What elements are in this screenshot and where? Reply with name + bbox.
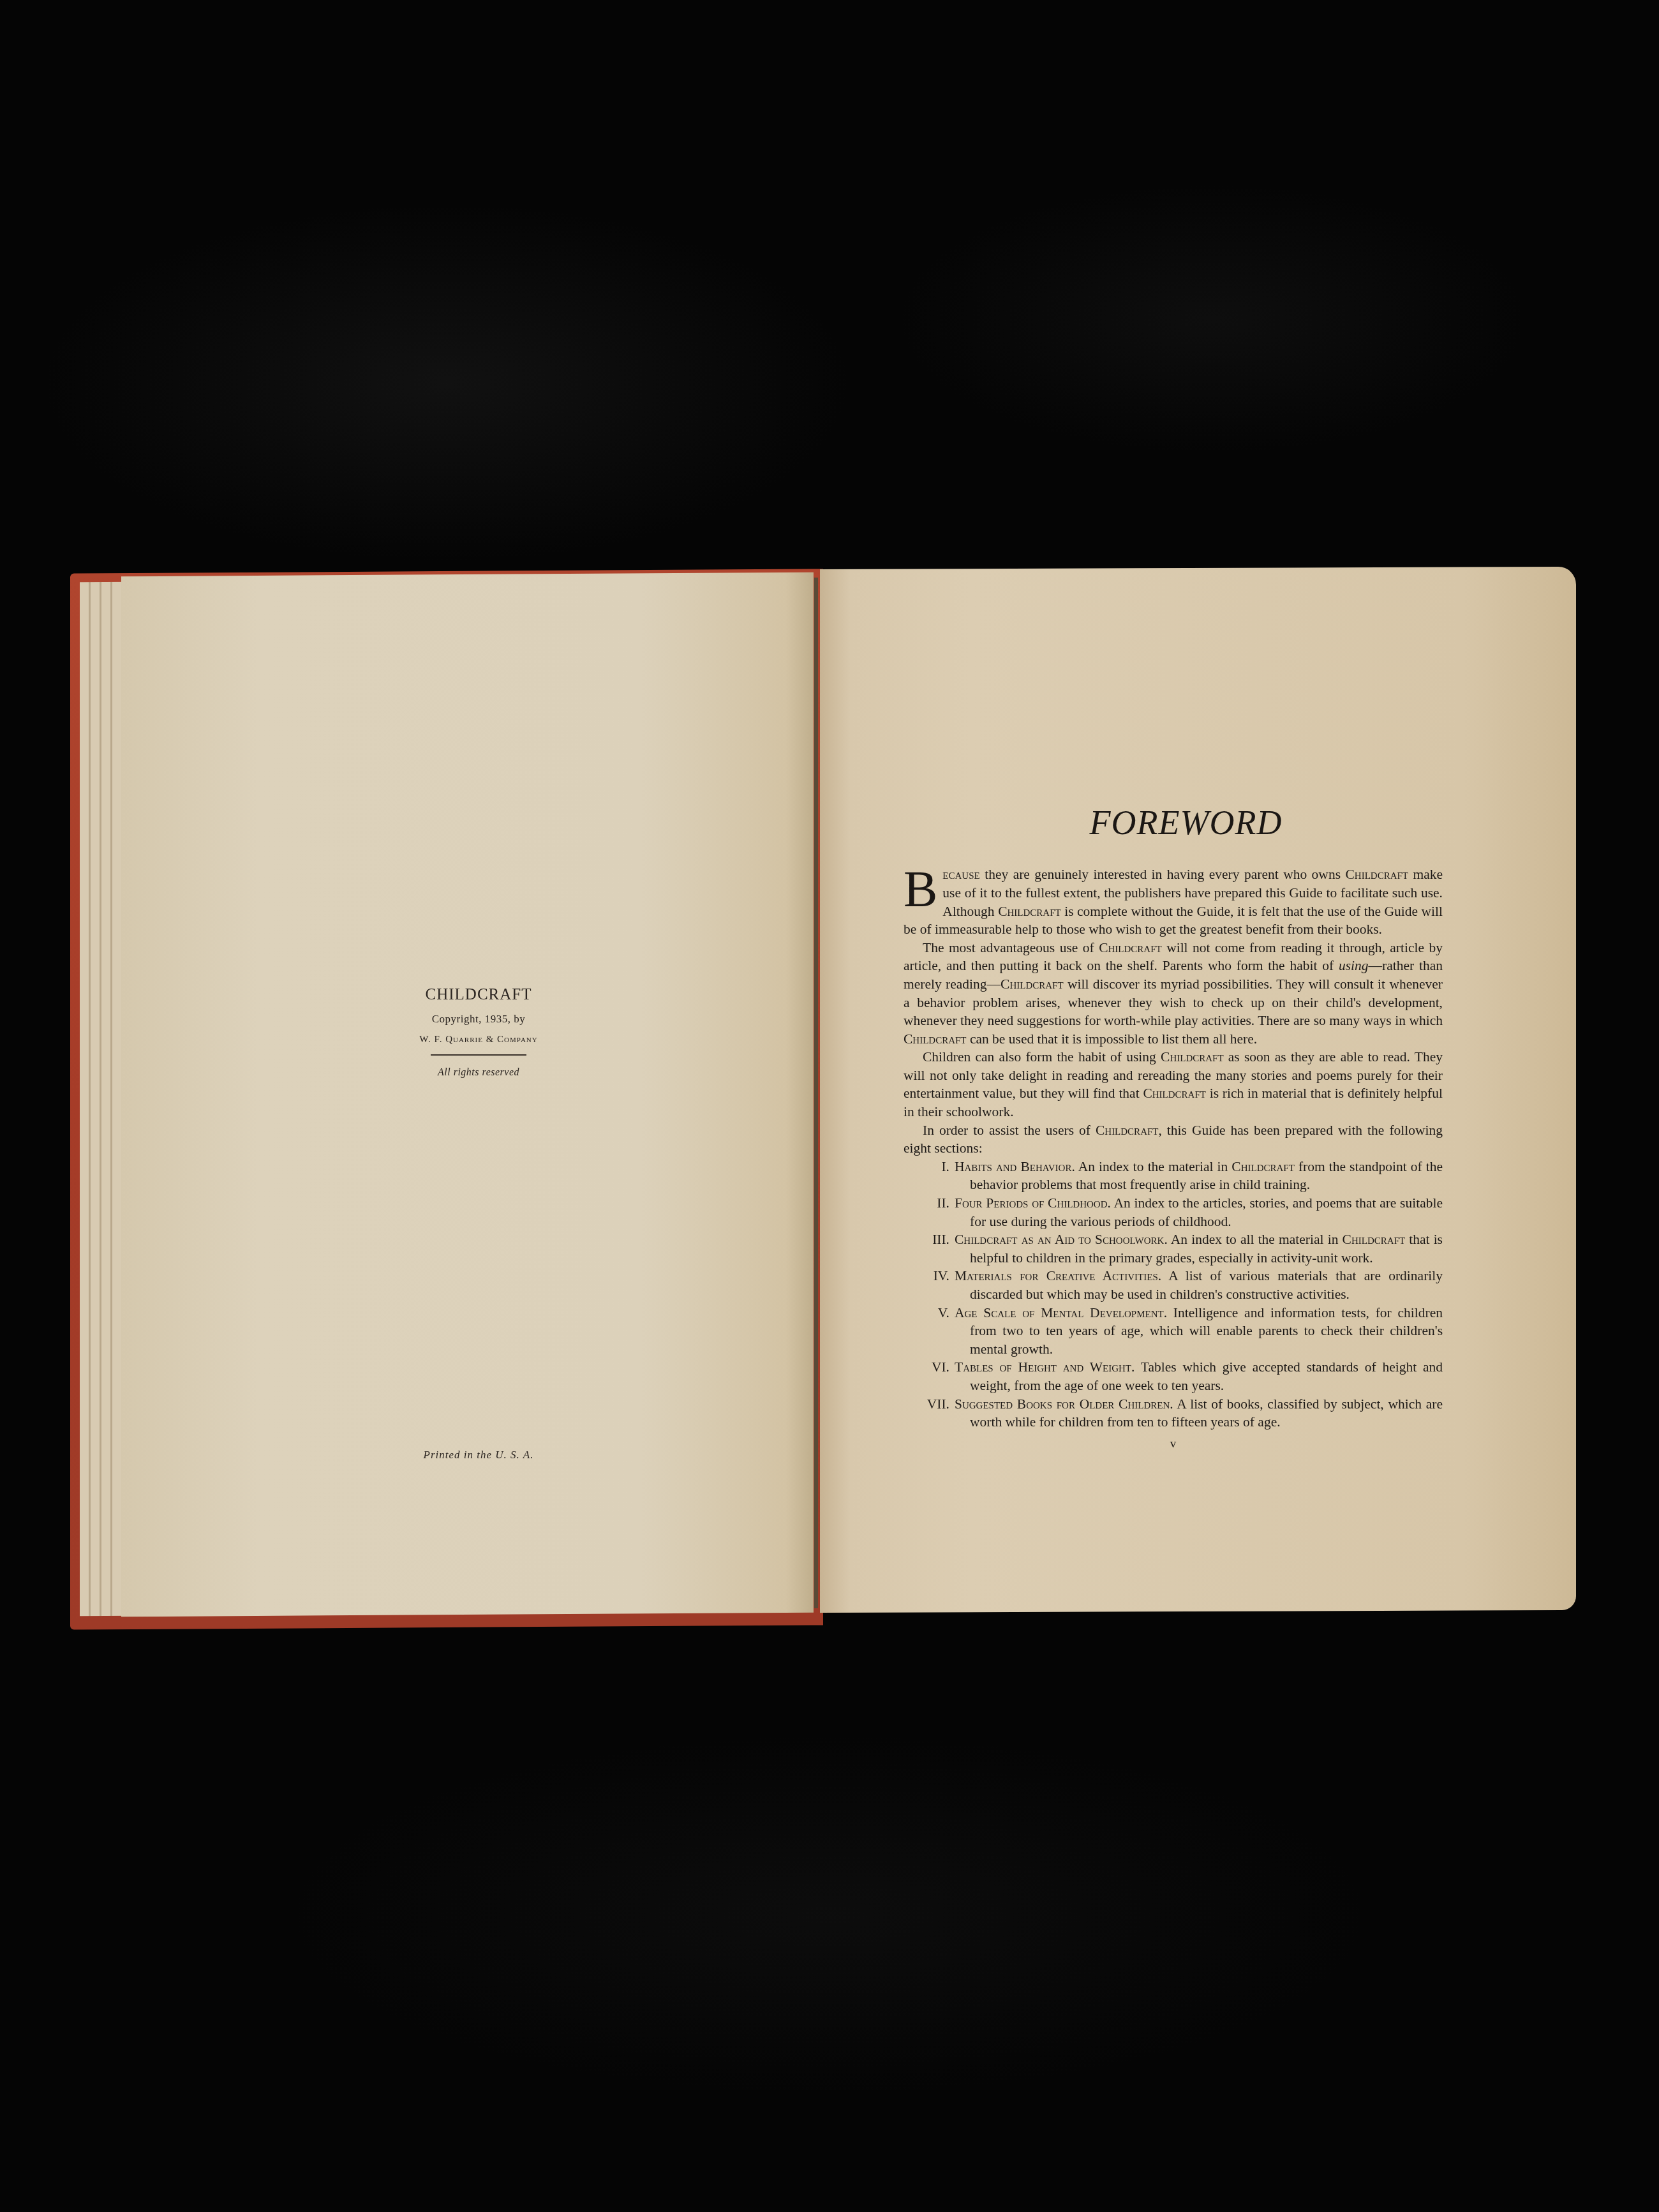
childcraft-term: Childcraft xyxy=(998,904,1061,919)
section-title: Tables of Height and Weight. xyxy=(955,1359,1135,1375)
section-number: III. xyxy=(904,1230,955,1267)
printed-in-notice: Printed in the U. S. A. xyxy=(383,1449,574,1461)
copyright-line: Copyright, 1935, by xyxy=(383,1013,574,1026)
section-item: V.Age Scale of Mental Development. Intel… xyxy=(904,1304,1443,1359)
paragraph-3: Children can also form the habit of usin… xyxy=(904,1048,1443,1121)
section-title: Age Scale of Mental Development. xyxy=(955,1305,1167,1320)
childcraft-term: Childcraft xyxy=(1096,1123,1159,1138)
lead-small-caps: ecause xyxy=(942,867,979,882)
section-item: VI.Tables of Height and Weight. Tables w… xyxy=(904,1358,1443,1394)
text: they are genuinely interested in having … xyxy=(980,867,1346,882)
section-desc: An index to the material in xyxy=(1075,1159,1232,1174)
book-gutter xyxy=(814,578,818,1608)
copyright-block: CHILDCRAFT Copyright, 1935, by W. F. Qua… xyxy=(383,986,574,1079)
paragraph-4: In order to assist the users of Childcra… xyxy=(904,1121,1443,1158)
section-title: Materials for Creative Activities. xyxy=(955,1268,1161,1283)
text: In order to assist the users of xyxy=(923,1123,1096,1138)
section-item: IV.Materials for Creative Activities. A … xyxy=(904,1267,1443,1303)
drop-cap: B xyxy=(904,868,937,911)
section-item: VII.Suggested Books for Older Children. … xyxy=(904,1395,1443,1431)
section-item: III.Childcraft as an Aid to Schoolwork. … xyxy=(904,1230,1443,1267)
foreword-text: FOREWORD Because they are genuinely inte… xyxy=(904,780,1443,1453)
text: The most advantageous use of xyxy=(923,940,1099,955)
section-number: II. xyxy=(904,1194,955,1230)
childcraft-term: Childcraft xyxy=(1231,1159,1295,1174)
section-title: Habits and Behavior. xyxy=(955,1159,1075,1174)
rights-notice: All rights reserved xyxy=(383,1067,574,1079)
page-number: v xyxy=(904,1435,1443,1454)
foreword-heading: FOREWORD xyxy=(929,803,1443,842)
publisher-name: W. F. Quarrie & Company xyxy=(383,1035,574,1045)
section-item: I.Habits and Behavior. An index to the m… xyxy=(904,1158,1443,1194)
childcraft-term: Childcraft xyxy=(904,1031,967,1047)
childcraft-term: Childcraft xyxy=(1143,1086,1206,1101)
childcraft-term: Childcraft xyxy=(1343,1232,1406,1247)
book-title: CHILDCRAFT xyxy=(383,986,574,1004)
section-number: IV. xyxy=(904,1267,955,1303)
section-number: I. xyxy=(904,1158,955,1194)
section-item: II.Four Periods of Childhood. An index t… xyxy=(904,1194,1443,1230)
childcraft-term: Childcraft xyxy=(1161,1049,1224,1065)
childcraft-term: Childcraft xyxy=(1345,867,1408,882)
paragraph-2: The most advantageous use of Childcraft … xyxy=(904,939,1443,1049)
paragraph-1: Because they are genuinely interested in… xyxy=(904,865,1443,938)
childcraft-term: Childcraft xyxy=(1001,976,1064,992)
emphasis: using xyxy=(1339,958,1369,973)
section-number: V. xyxy=(904,1304,955,1359)
text: can be used that it is impossible to lis… xyxy=(967,1031,1258,1047)
childcraft-term: Childcraft xyxy=(1099,940,1162,955)
text: Children can also form the habit of usin… xyxy=(923,1049,1161,1065)
section-title: Suggested Books for Older Children. xyxy=(955,1396,1173,1412)
section-title: Four Periods of Childhood. xyxy=(955,1195,1111,1211)
section-title: Childcraft as an Aid to Schoolwork. xyxy=(955,1232,1168,1247)
section-number: VII. xyxy=(904,1395,955,1431)
section-number: VI. xyxy=(904,1358,955,1394)
foreword-body: Because they are genuinely interested in… xyxy=(904,865,1443,1453)
section-desc: An index to all the material in xyxy=(1168,1232,1343,1247)
sections-list: I.Habits and Behavior. An index to the m… xyxy=(904,1158,1443,1431)
divider-rule xyxy=(431,1054,526,1056)
